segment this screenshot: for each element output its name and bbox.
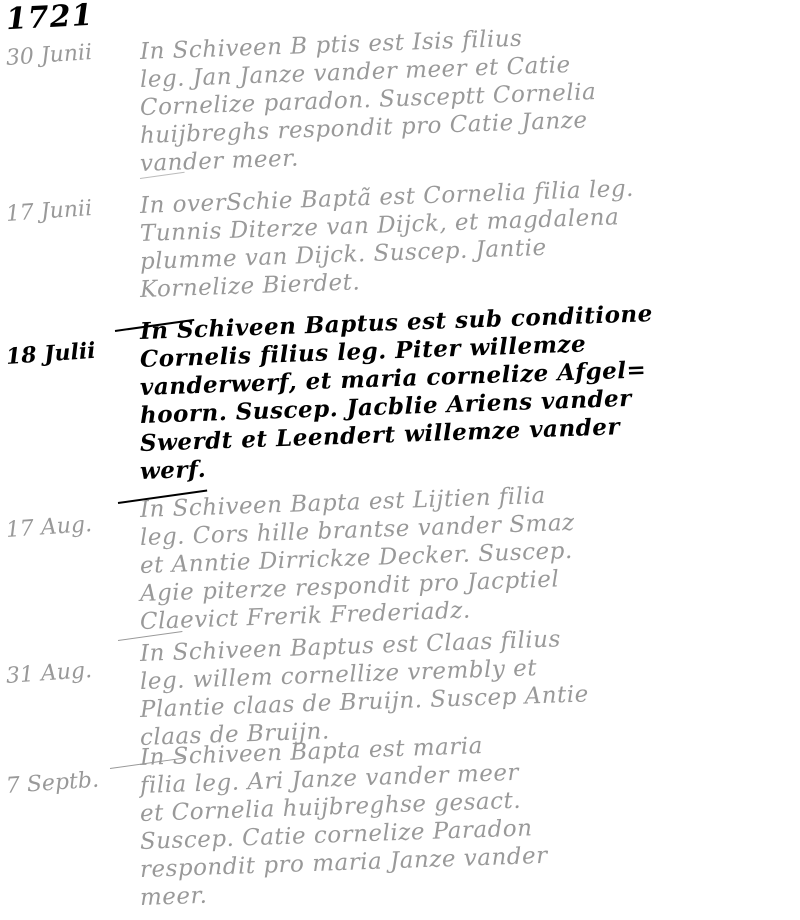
register-page: 1721 30 Junii In Schiveen B ptis est Isi…	[0, 0, 800, 920]
entry-date: 7 Septb.	[5, 768, 100, 799]
entry-date: 18 Julii	[5, 338, 96, 370]
entry-date: 31 Aug.	[5, 658, 93, 689]
entry-text: In Schiveen B ptis est Isis filius leg. …	[140, 38, 790, 178]
entry-text: In Schiveen Baptus est sub conditione Co…	[140, 318, 790, 486]
entry-text: In Schiveen Bapta est Lijtien filia leg.…	[140, 496, 790, 636]
entry-date: 30 Junii	[5, 40, 93, 71]
entry-text: In Schiveen Bapta est maria filia leg. A…	[140, 744, 790, 912]
entry-text: In overSchie Baptã est Cornelia filia le…	[140, 192, 790, 304]
year-heading: 1721	[5, 0, 94, 37]
entry-date: 17 Junii	[5, 196, 93, 227]
entry-date: 17 Aug.	[5, 512, 93, 543]
